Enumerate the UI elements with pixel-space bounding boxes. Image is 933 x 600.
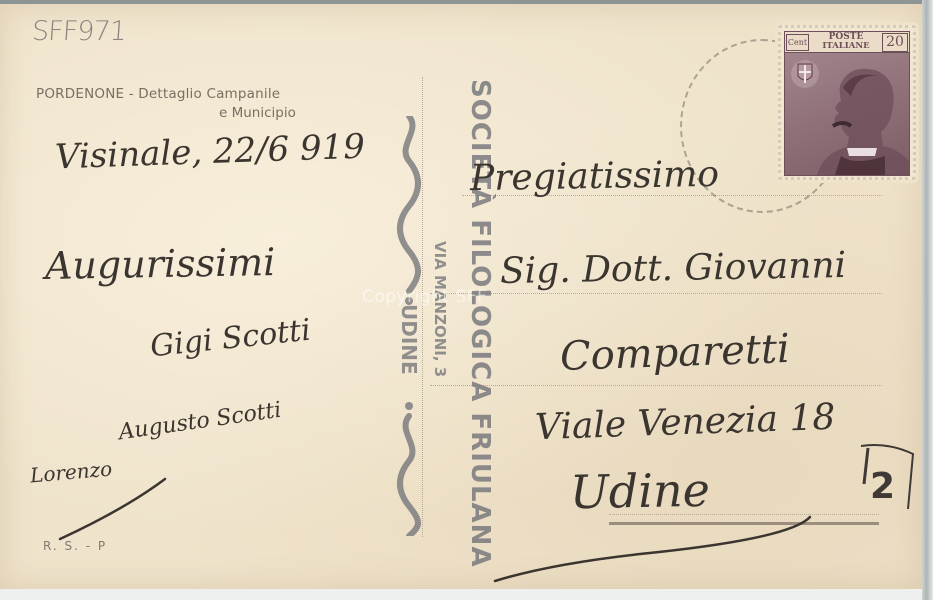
caption-subtitle: e Municipio: [219, 105, 296, 121]
address-line-1-text: Pregiatissimo: [470, 154, 720, 199]
stamp-value: 20: [882, 33, 908, 52]
address-line-2-text: Sig. Dott. Giovanni: [500, 245, 847, 292]
postcard-back: SFF971 PORDENONE - Dettaglio Campanile e…: [0, 4, 922, 589]
scan-right-border: [922, 0, 933, 600]
coat-of-arms-icon: [791, 60, 819, 88]
postage-stamp: Cent POSTE ITALIANE 20: [778, 25, 916, 180]
stamp-cent-label: Cent: [786, 34, 809, 51]
signature-2: Augusto Scotti: [117, 398, 283, 446]
message-place-date: Visinale, 22/6 919: [54, 127, 365, 178]
signature-1: Gigi Scotti: [149, 313, 313, 365]
publisher-stamp-address: VIA MANZONI, 3: [431, 241, 448, 377]
stamp-image: Cent POSTE ITALIANE 20: [784, 31, 910, 176]
publisher-stamp-city: UDINE: [398, 304, 420, 375]
publisher-mark: R. S. - P: [43, 539, 107, 553]
postage-due-digit: 2: [870, 466, 895, 507]
copyright-watermark: Copyright SFF: [362, 287, 487, 307]
address-flourish: [490, 509, 820, 589]
address-line-3-text: Comparetti: [559, 326, 790, 380]
archive-code: SFF971: [31, 16, 127, 47]
stamp-header: Cent POSTE ITALIANE 20: [785, 32, 909, 53]
address-line-3: [430, 385, 882, 386]
address-line-2: [430, 293, 882, 294]
signature-flourish: [55, 474, 175, 544]
king-portrait-icon: [785, 52, 909, 175]
address-line-4-text: Viale Venezia 18: [534, 397, 836, 448]
stamp-italiane-label: ITALIANE: [809, 42, 883, 51]
message-greeting: Augurissimi: [45, 240, 276, 288]
caption-title: PORDENONE - Dettaglio Campanile: [36, 86, 280, 102]
publisher-stamp-name: SOCIETÀ FILOLOGICA FRIULANA: [466, 79, 494, 568]
